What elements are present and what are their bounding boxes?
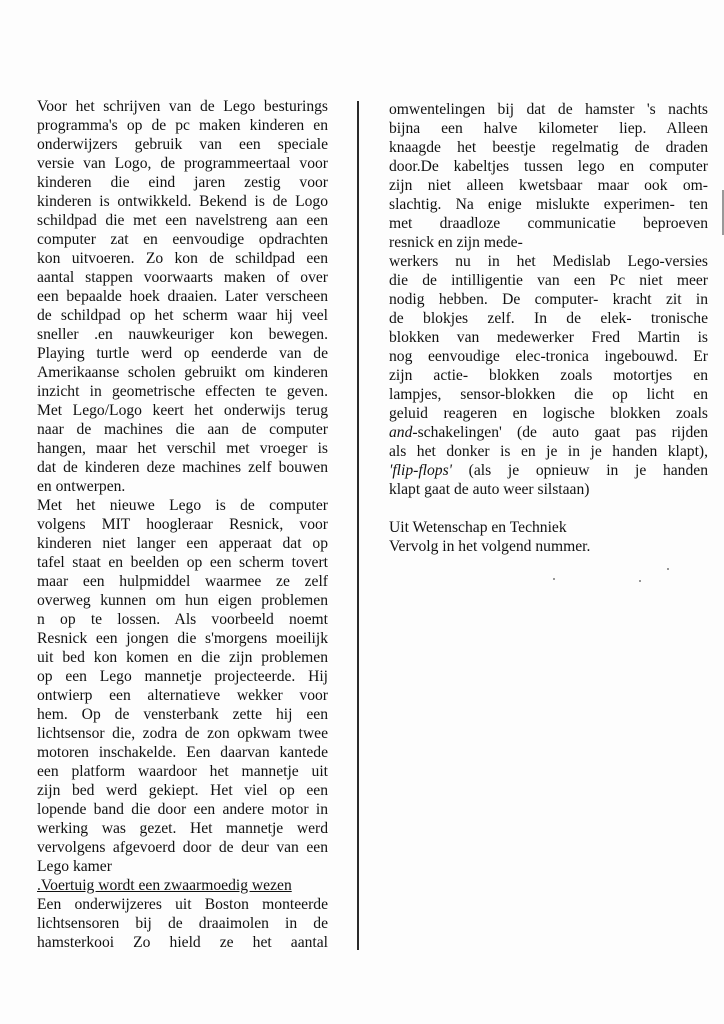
text-line: de schildpad op het scherm waar hij veel [37,306,328,325]
text-line: op een Lego mannetje projecteerde. Hij [37,667,328,686]
text-line: 'flip-flops' (als je opnieuw in je hande… [389,461,708,480]
text-line: zijn actie- blokken zoals motortjes en [389,366,708,385]
text-line: lopende band die door een andere motor i… [37,800,328,819]
scan-speck [667,568,669,570]
text-line: Een onderwijzeres uit Boston monteerde [37,895,328,914]
left-column: Voor het schrijven van de Lego besturing… [37,97,328,952]
text-line: nodig hebben. De computer- kracht zit in [389,290,708,309]
text-fragment: (als je opnieuw in je handen [452,462,708,479]
text-line: een platform waardoor het mannetje uit [37,762,328,781]
italic-and: and [389,424,412,441]
text-line: de blokjes zelf. In de elek- tronische [389,309,708,328]
text-line: als het donker is en je in je handen kla… [389,442,708,461]
continued-note: Vervolg in het volgend nummer. [389,537,708,556]
column-divider [357,101,359,950]
text-line: werking was gezet. Het mannetje werd [37,819,328,838]
text-line: hamsterkooi Zo hield ze het aantal [37,933,328,952]
text-line: sneller .en nauwkeuriger kon bewegen. [37,325,328,344]
text-line: een bepaalde hoek draaien. Later versche… [37,287,328,306]
text-line: en ontwerpen. [37,477,328,496]
text-line: ontwierp een alternatieve wekker voor [37,686,328,705]
text-line: inzicht in geometrische effecten te geve… [37,382,328,401]
text-line: vervolgens afgevoerd door de deur van ee… [37,838,328,857]
text-line: Met Lego/Logo keert het onderwijs terug [37,401,328,420]
section-subheading: .Voertuig wordt een zwaarmoedig wezen [37,876,328,895]
text-fragment: -schakelingen' (de auto gaat pas rijden [412,424,708,441]
text-line: omwentelingen bij dat de hamster 's nach… [389,100,708,119]
text-line: Met het nieuwe Lego is de computer [37,496,328,515]
text-line: kinderen is ontwikkeld. Bekend is de Log… [37,192,328,211]
text-line: met draadloze communicatie beproeven [389,214,708,233]
text-line: zijn niet alleen kwetsbaar maar ook om- [389,176,708,195]
text-line: zijn bed werd gekiept. Het viel op een [37,781,328,800]
text-line: Lego kamer [37,857,328,876]
text-line: blokken van medewerker Fred Martin is [389,328,708,347]
text-line: Playing turtle werd op eenderde van de [37,344,328,363]
text-line: werkers nu in het Medislab Lego-versies [389,252,708,271]
text-line: kinderen niet langer een apperaat dat op [37,534,328,553]
scan-speck [553,578,555,580]
text-line: hangen, maar het verschil met vroeger is [37,439,328,458]
text-line: bijna een halve kilometer liep. Alleen [389,119,708,138]
text-line: aantal stappen voorwaarts maken of over [37,268,328,287]
text-line: nog eenvoudige elec-tronica ingebouwd. E… [389,347,708,366]
text-line: lampjes, sensor-blokken die op licht en [389,385,708,404]
text-line: and-schakelingen' (de auto gaat pas rijd… [389,423,708,442]
text-line: Voor het schrijven van de Lego besturing… [37,97,328,116]
text-line: schildpad die met een navelstreng aan ee… [37,211,328,230]
text-line: volgens MIT hoogleraar Resnick, voor [37,515,328,534]
text-line: maar een hulpmiddel waarmee ze zelf [37,572,328,591]
text-line: programma's op de pc maken kinderen en [37,116,328,135]
text-line: lichtsensoren bij de draaimolen in de [37,914,328,933]
text-line: Amerikaanse scholen gebruikt om kinderen [37,363,328,382]
text-line: die de intilligentie van een Pc niet mee… [389,271,708,290]
italic-flipflops: 'flip-flops' [389,462,452,479]
text-line: n op te lossen. Als voorbeeld noemt [37,610,328,629]
source-credit: Uit Wetenschap en Techniek [389,518,708,537]
text-line: geluid reageren en logische blokken zoal… [389,404,708,423]
paragraph-gap [389,499,708,518]
text-line: tafel staat en beelden op een scherm tov… [37,553,328,572]
text-line: dat de kinderen deze machines zelf bouwe… [37,458,328,477]
text-line: onderwijzers gebruik van een speciale [37,135,328,154]
text-line: kinderen die eind jaren zestig voor [37,173,328,192]
text-line: lichtsensor die, zodra de zon opkwam twe… [37,724,328,743]
text-line: uit bed kon komen en die zijn problemen [37,648,328,667]
text-line: hem. Op de vensterbank zette hij een [37,705,328,724]
text-line: Resnick een jongen die s'morgens moeilij… [37,629,328,648]
text-line: computer zat en eenvoudige opdrachten [37,230,328,249]
text-line: resnick en zijn mede- [389,233,708,252]
text-line: klapt gaat de auto weer silstaan) [389,480,708,499]
text-line: slachtig. Na enige mislukte experimen- t… [389,195,708,214]
text-line: knaagde het beestje regelmatig de draden [389,138,708,157]
text-line: kon uitvoeren. Zo kon de schildpad een [37,249,328,268]
scan-speck [639,580,641,582]
text-line: overweg kunnen om hun eigen problemen [37,591,328,610]
right-column: omwentelingen bij dat de hamster 's nach… [389,100,708,556]
text-line: motoren inschakelde. Een daarvan kantede [37,743,328,762]
text-line: naar de machines die aan de computer [37,420,328,439]
text-line: door.De kabeltjes tussen lego en compute… [389,157,708,176]
text-line: versie van Logo, de programmeertaal voor [37,154,328,173]
